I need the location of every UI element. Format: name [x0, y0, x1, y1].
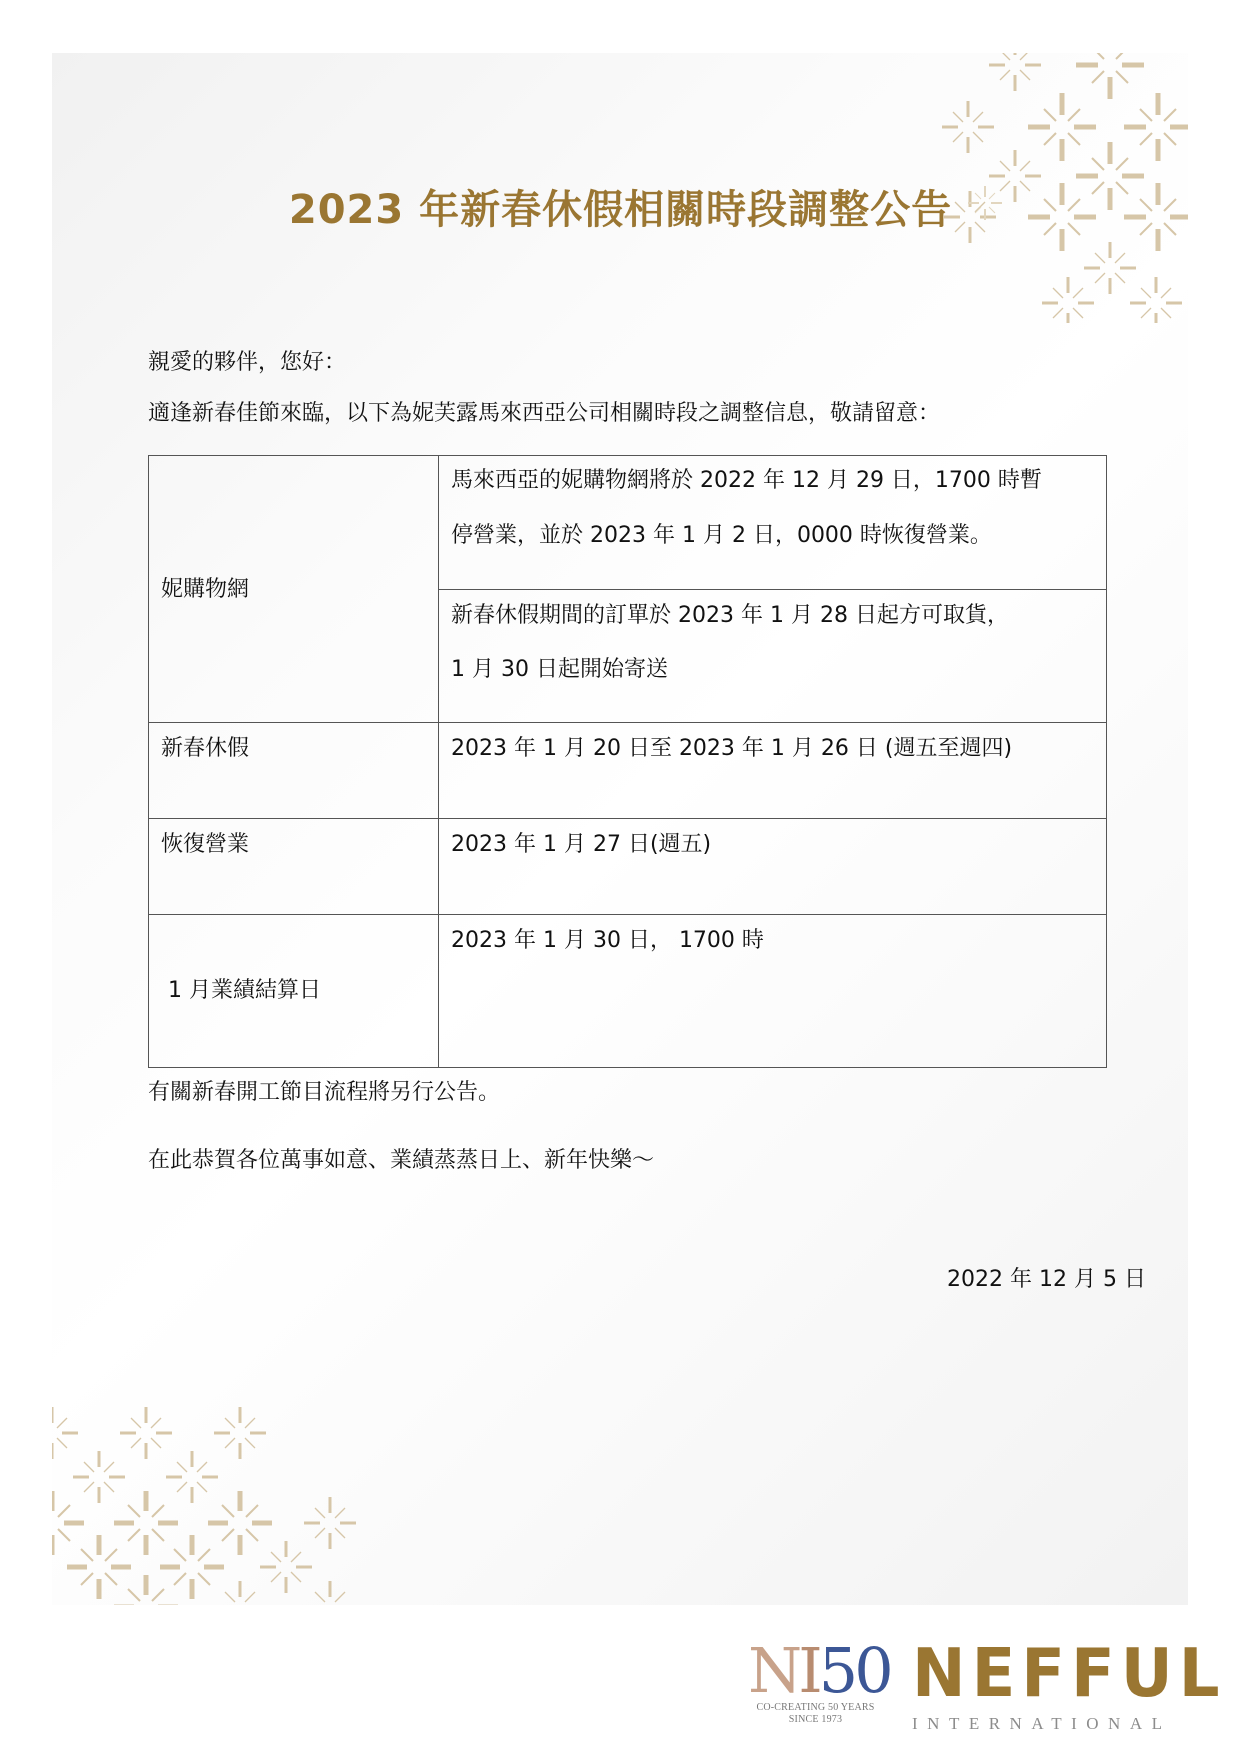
detail-line: 馬來西亞的妮購物網將於 2022 年 12 月 29 日，1700 時暫: [451, 456, 1094, 516]
row-label-text: 妮購物網: [161, 577, 249, 602]
detail-line: 2023 年 1 月 20 日至 2023 年 1 月 26 日 (週五至週四): [451, 723, 1094, 775]
ceremony-note: 有關新春開工節目流程將另行公告。: [148, 1075, 500, 1106]
n50-mark: NI50: [748, 1640, 883, 1702]
row-label: 新春休假: [149, 723, 439, 819]
row-detail: 新春休假期間的訂單於 2023 年 1 月 28 日起方可取貨， 1 月 30 …: [439, 590, 1107, 723]
row-detail: 馬來西亞的妮購物網將於 2022 年 12 月 29 日，1700 時暫 停營業…: [439, 456, 1107, 590]
detail-line: 停營業，並於 2023 年 1 月 2 日，0000 時恢復營業。: [451, 516, 1094, 576]
detail-line: 1 月 30 日起開始寄送: [451, 650, 1094, 710]
table-row: 1 月業績結算日 2023 年 1 月 30 日， 1700 時: [149, 915, 1107, 1068]
row-detail: 2023 年 1 月 30 日， 1700 時: [439, 915, 1107, 1068]
nefful-logo: NEFFUL INTERNATIONAL: [912, 1642, 1177, 1734]
detail-line: 2023 年 1 月 27 日(週五): [451, 819, 1094, 871]
document-date: 2022 年 12 月 5 日: [947, 1262, 1146, 1293]
row-detail: 2023 年 1 月 27 日(週五): [439, 819, 1107, 915]
table-row: 恢復營業 2023 年 1 月 27 日(週五): [149, 819, 1107, 915]
document-title: 2023 年新春休假相關時段調整公告: [0, 178, 1241, 235]
row-label: 1 月業績結算日: [149, 915, 439, 1068]
n50-since: SINCE 1973: [748, 1714, 883, 1726]
wishes-note: 在此恭賀各位萬事如意、業績蒸蒸日上、新年快樂～: [148, 1143, 654, 1174]
schedule-table: 妮購物網 馬來西亞的妮購物網將於 2022 年 12 月 29 日，1700 時…: [148, 455, 1107, 1068]
nefful-international: INTERNATIONAL: [912, 1714, 1177, 1734]
sparkle-pattern-icon: [52, 1395, 372, 1605]
intro-paragraph: 適逢新春佳節來臨，以下為妮芙露馬來西亞公司相關時段之調整信息，敬請留意：: [148, 396, 940, 427]
row-label: 恢復營業: [149, 819, 439, 915]
table-row: 新春休假 2023 年 1 月 20 日至 2023 年 1 月 26 日 (週…: [149, 723, 1107, 819]
row-label-text: 新春休假: [161, 723, 426, 775]
row-label-text: 恢復營業: [161, 819, 426, 871]
row-label-text: 1 月業績結算日: [161, 965, 426, 1017]
row-label: 妮購物網: [149, 456, 439, 723]
table-row: 妮購物網 馬來西亞的妮購物網將於 2022 年 12 月 29 日，1700 時…: [149, 456, 1107, 590]
row-detail: 2023 年 1 月 20 日至 2023 年 1 月 26 日 (週五至週四): [439, 723, 1107, 819]
nefful-wordmark: NEFFUL: [912, 1640, 1177, 1707]
detail-line: 2023 年 1 月 30 日， 1700 時: [451, 915, 1094, 967]
greeting: 親愛的夥伴，您好：: [148, 345, 346, 376]
n50-tagline: CO-CREATING 50 YEARS: [748, 1702, 883, 1714]
n50-anniversary-logo: NI50 CO-CREATING 50 YEARS SINCE 1973: [748, 1640, 883, 1726]
detail-line: 新春休假期間的訂單於 2023 年 1 月 28 日起方可取貨，: [451, 590, 1094, 650]
